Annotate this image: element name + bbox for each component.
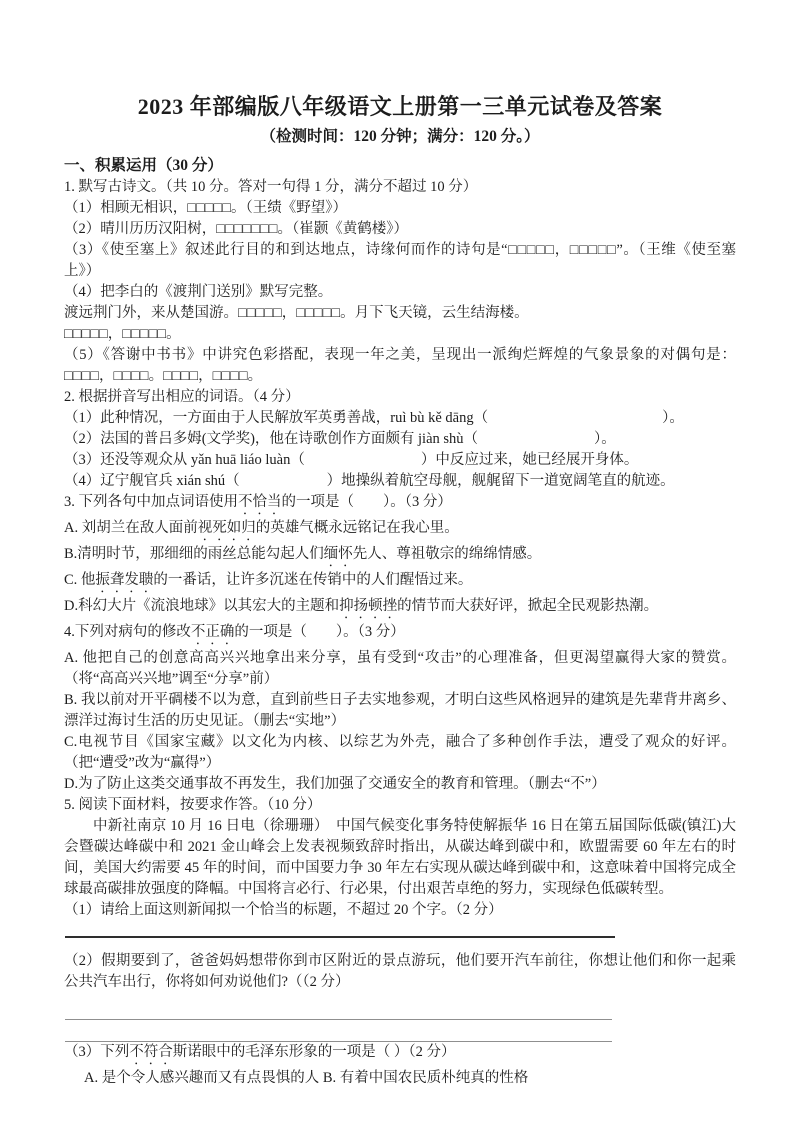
q3-stem: 3. 下列各句中加点词语使用不恰当的一项是（ ）。（3 分）	[64, 492, 736, 518]
q5-stem: 5. 阅读下面材料，按要求作答。（10 分）	[64, 795, 736, 816]
q1-item-4: （4）把李白的《渡荆门送别》默写完整。	[64, 282, 736, 303]
q5-sub3-options: A. 是个令人感兴趣而又有点畏惧的人 B. 有着中国农民质朴纯真的性格	[64, 1068, 736, 1089]
emphasized-term: 不符合	[129, 1044, 173, 1060]
text-segment: 3. 下列各句中加点词语使用	[64, 494, 238, 510]
q3-option-b: B.清明时节，那细细的雨丝总能勾起人们缅怀先人、尊祖敬宗的绵绵情感。	[64, 544, 736, 570]
q4-option-d: D.为了防止这类交通事故不再发生，我们加强了交通安全的教育和管理。（删去“不”）	[64, 774, 736, 795]
q4-option-b: B. 我以前对开平碉楼不以为意，直到前些日子去实地参观，才明白这些风格迥异的建筑…	[64, 690, 736, 732]
q2-item-1: （1）此种情况，一方面由于人民解放军英勇善战，ruì bù kě dāng（ ）…	[64, 408, 736, 429]
q5-sub1: （1）请给上面这则新闻拟一个恰当的标题，不超过 20 个字。（2 分）	[64, 900, 736, 921]
q1-poem-line-2: □□□□□，□□□□□。	[64, 324, 736, 345]
q5-sub2: （2）假期要到了，爸爸妈妈想带你到市区附近的景点游玩，他们要开汽车前往，你想让他…	[64, 951, 736, 993]
q1-item-1: （1）相顾无相识，□□□□□。（王绩《野望》）	[64, 198, 736, 219]
q5-passage: 中新社南京 10 月 16 日电（徐珊珊） 中国气候变化事务特使解振华 16 日…	[64, 816, 736, 900]
q3-option-c: C. 他振聋发聩的一番话，让许多沉迷在传销中的人们醒悟过来。	[64, 570, 736, 596]
exam-paper-page: 2023 年部编版八年级语文上册第一三单元试卷及答案 （检测时间：120 分钟；…	[0, 0, 793, 1089]
text-segment: （3）下列	[64, 1044, 129, 1060]
emphasized-term: 不正确	[191, 624, 235, 640]
answer-blank-line	[65, 936, 615, 938]
q4-option-c: C.电视节目《国家宝藏》以文化为内核、以综艺为外壳，融合了多种创作手法，遭受了观…	[64, 732, 736, 774]
q2-stem: 2. 根据拼音写出相应的词语。（4 分）	[64, 387, 736, 408]
q2-item-4: （4）辽宁舰官兵 xián shú（ ）地操纵着航空母舰，舰艉留下一道宽阔笔直的…	[64, 471, 736, 492]
q1-poem-line-1: 渡远荆门外，来从楚国游。□□□□□，□□□□□。月下飞天镜，云生结海楼。	[64, 303, 736, 324]
q5-sub3: （3）下列不符合斯诺眼中的毛泽东形象的一项是（ ）（2 分）	[64, 1042, 736, 1068]
text-segment: 的英雄气概永远铭记在我心里。	[256, 520, 459, 536]
q3-option-d: D.科幻大片《流浪地球》以其宏大的主题和抑扬顿挫的情节而大获好评，掀起全民观影热…	[64, 596, 736, 622]
emphasized-term: 振聋发聩	[95, 572, 153, 588]
q2-item-3: （3）还没等观众从 yǎn huā liáo luàn（ ）中反应过来，她已经展…	[64, 450, 736, 471]
text-segment: C. 他	[64, 572, 95, 588]
text-segment: 先人、尊祖敬宗的绵绵情感。	[353, 546, 542, 562]
text-segment: 的一项是（ ）。（3 分）	[234, 624, 404, 640]
exam-info: （检测时间：120 分钟；满分：120 分。）	[64, 126, 736, 148]
text-segment: D.科幻大片《流浪地球》以其宏大的主题和	[64, 598, 339, 614]
q4-stem: 4.下列对病句的修改不正确的一项是（ ）。（3 分）	[64, 622, 736, 648]
q1-item-3: （3）《使至塞上》叙述此行目的和到达地点，诗缘何而作的诗句是“□□□□□，□□□…	[64, 240, 736, 282]
text-segment: 4.下列对病句的修改	[64, 624, 191, 640]
text-segment: A. 刘胡兰在敌人面前	[64, 520, 198, 536]
q1-item-5: （5）《答谢中书书》中讲究色彩搭配，表现一年之美，呈现出一派绚烂辉煌的气象景象的…	[64, 345, 736, 387]
text-segment: 的一番话，让许多沉迷在传销中的人们醒悟过来。	[153, 572, 472, 588]
emphasized-term: 抑扬顿挫	[339, 598, 397, 614]
q3-option-a: A. 刘胡兰在敌人面前视死如归的英雄气概永远铭记在我心里。	[64, 518, 736, 544]
q4-option-a: A. 他把自己的创意高高兴兴地拿出来分享，虽有受到“攻击”的心理准备，但更渴望赢…	[64, 648, 736, 690]
emphasized-term: 不恰当	[238, 494, 282, 510]
q2-item-2: （2）法国的普吕多姆(文学奖)，他在诗歌创作方面颇有 jiàn shù（ ）。	[64, 429, 736, 450]
page-title: 2023 年部编版八年级语文上册第一三单元试卷及答案	[64, 92, 736, 122]
text-segment: 斯诺眼中的毛泽东形象的一项是（ ）（2 分）	[173, 1044, 456, 1060]
q1-item-2: （2）晴川历历汉阳树，□□□□□□□。（崔颢《黄鹤楼》）	[64, 219, 736, 240]
text-segment: B.清明时节，那细细的雨丝总能勾起人们	[64, 546, 324, 562]
emphasized-term: 缅怀	[324, 546, 353, 562]
q1-stem: 1. 默写古诗文。（共 10 分。答对一句得 1 分，满分不超过 10 分）	[64, 177, 736, 198]
text-segment: 的一项是（ ）。（3 分）	[282, 494, 452, 510]
answer-blank-line	[65, 1019, 612, 1020]
text-segment: 的情节而大获好评，掀起全民观影热潮。	[397, 598, 658, 614]
emphasized-term: 视死如归	[198, 520, 256, 536]
section-1-heading: 一、积累运用（30 分）	[64, 155, 736, 177]
